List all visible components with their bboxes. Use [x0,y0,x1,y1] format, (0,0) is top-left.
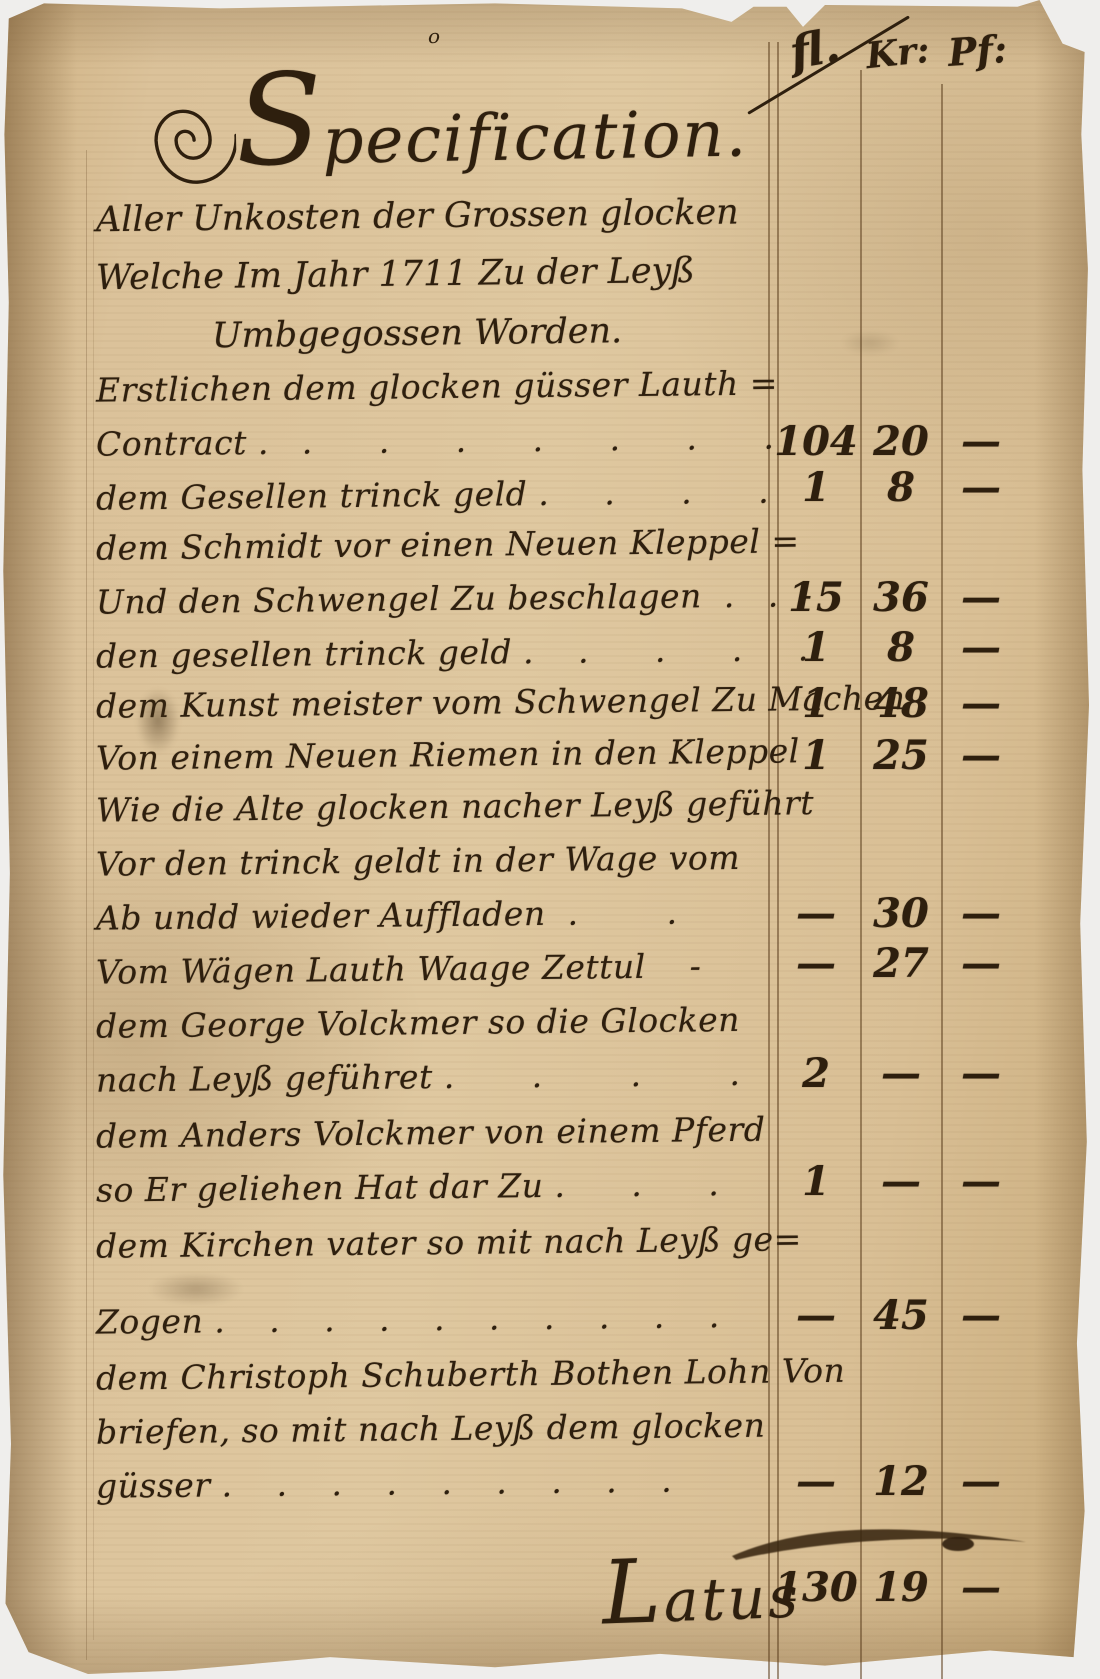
amount-kreuzer: 12 [860,1456,942,1508]
total-florin: 130 [772,1562,860,1614]
intro-line: Umbgegossen Worden. [212,308,912,357]
entry-line: Erstlichen dem glocken güsser Lauth = [96,356,797,417]
entry-line: Ab undd wieder Auffladen . . [96,884,797,945]
entry-line: briefen, so mit nach Leyß dem glocken [96,1398,797,1459]
entry-amounts: 1 8 — [772,622,1024,674]
intro-line: Welche Im Jahr 1711 Zu der Leyß [96,250,796,299]
entry-line: Und den Schwengel Zu beschlagen . . - [96,568,797,629]
intro-line: Aller Unkosten der Grossen glocken [96,192,796,241]
entry-line: nach Leyß geführet . . . . [96,1046,797,1107]
amount-florin: — [772,888,860,940]
amount-florin: 1 [772,678,860,730]
amount-pfennig: — [942,888,1020,940]
ledger-entry: Erstlichen dem glocken güsser Lauth = Co… [96,360,796,468]
amount-florin: 1 [772,730,860,782]
amount-florin: 2 [772,1048,860,1100]
ledger-entry: Wie die Alte glocken nacher Leyß geführt… [96,780,796,942]
amount-kreuzer: — [860,1048,942,1100]
amount-kreuzer: 27 [860,938,942,990]
entry-amounts: 1 25 — [772,730,1024,782]
latus-amounts: 130 19 — [772,1562,1024,1614]
entry-line: güsser . . . . . . . . . [96,1452,797,1513]
ink-smudge [136,688,180,754]
entry-amounts: — 45 — [772,1290,1024,1342]
amount-pfennig: — [942,1456,1020,1508]
amount-pfennig: — [942,1156,1020,1208]
margin-crease-line [86,150,87,1660]
amount-florin: 104 [772,416,860,468]
entry-amounts: 104 20 — [772,416,1024,468]
entry-line: dem Kirchen vater so mit nach Leyß ge= [96,1212,797,1273]
entry-amounts: — 30 — [772,888,1024,940]
title-superscript-mark: o [428,24,440,48]
column-rule-pfennig [941,84,943,1679]
amount-florin: — [772,938,860,990]
paper-stain [840,330,900,356]
amount-pfennig: — [942,416,1020,468]
entry-amounts: — 12 — [772,1456,1024,1508]
margin-crease-line-2 [93,220,94,1640]
entry-line: Vor den trinck geldt in der Wage vom [96,830,797,891]
amount-kreuzer: 30 [860,888,942,940]
amount-florin: 1 [772,462,860,514]
amount-kreuzer: 8 [860,462,942,514]
ledger-entry: Von einem Neuen Riemen in den Kleppel [96,728,796,782]
entry-amounts: 1 8 — [772,462,1024,514]
amount-kreuzer: 45 [860,1290,942,1342]
amount-pfennig: — [942,678,1020,730]
page-title: Specification. [235,52,749,203]
amount-florin: — [772,1290,860,1342]
ledger-entry: den gesellen trinck geld . . . . . [96,626,796,680]
manuscript-page: fl. Kr: Pf: Specification. o Aller Unkos… [0,0,1100,1679]
amount-pfennig: — [942,938,1020,990]
amount-pfennig: — [942,462,1020,514]
page-title-block: Specification. [115,52,749,213]
amount-florin: 1 [772,622,860,674]
entry-line: Vom Wägen Lauth Waage Zettul - [96,938,797,999]
entry-line: Wie die Alte glocken nacher Leyß geführt [96,776,797,837]
total-kreuzer: 19 [860,1562,942,1614]
amount-kreuzer: 36 [860,572,942,624]
entry-amounts: 15 36 — [772,572,1024,624]
entry-line: dem Anders Volckmer von einem Pferd [96,1102,797,1163]
amount-kreuzer: 20 [860,416,942,468]
entry-line: so Er geliehen Hat dar Zu . . . [96,1156,797,1217]
amount-pfennig: — [942,572,1020,624]
amount-kreuzer: 48 [860,678,942,730]
entry-amounts: 2 — — [772,1048,1024,1100]
ledger-entry: dem Gesellen trinck geld . . . . [96,468,796,522]
entry-amounts: 1 48 — [772,678,1024,730]
ink-smudge [148,1272,244,1306]
entry-line: dem Christoph Schuberth Bothen Lohn Von [96,1344,797,1405]
amount-pfennig: — [942,730,1020,782]
amount-kreuzer: 25 [860,730,942,782]
ledger-entry: dem Kunst meister vom Schwengel Zu Mache… [96,676,796,730]
amount-florin: — [772,1456,860,1508]
column-header-pfennig: Pf: [947,26,1009,75]
ledger-entry: dem George Volckmer so die Glocken nach … [96,996,796,1104]
entry-line: dem Schmidt vor einen Neuen Kleppel = [96,514,797,575]
ledger-entry: dem Schmidt vor einen Neuen Kleppel = Un… [96,518,796,626]
entry-line: dem George Volckmer so die Glocken [96,992,797,1053]
amount-florin: 1 [772,1156,860,1208]
amount-florin: 15 [772,572,860,624]
amount-pfennig: — [942,1048,1020,1100]
entry-line: Contract . . . . . . . . [96,410,797,471]
amount-kreuzer: — [860,1156,942,1208]
ledger-entry: Vom Wägen Lauth Waage Zettul - [96,942,796,996]
ledger-entry: dem Anders Volckmer von einem Pferd so E… [96,1106,796,1214]
entry-amounts: — 27 — [772,938,1024,990]
amount-pfennig: — [942,622,1020,674]
total-pfennig: — [942,1562,1020,1614]
ledger-entry: dem Christoph Schuberth Bothen Lohn Von … [96,1348,796,1510]
amount-kreuzer: 8 [860,622,942,674]
entry-amounts: 1 — — [772,1156,1024,1208]
title-spiral-flourish [115,61,238,213]
amount-pfennig: — [942,1290,1020,1342]
